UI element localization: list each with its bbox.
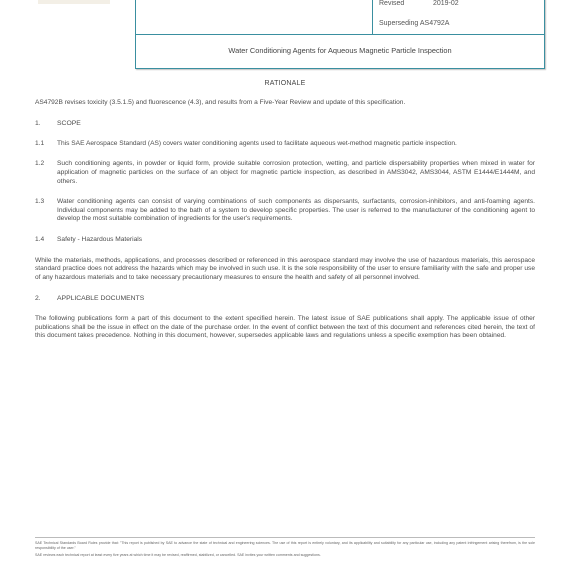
superseding-value: AS4792A: [420, 20, 450, 27]
item-number: 1.3: [35, 198, 57, 224]
section-title: APPLICABLE DOCUMENTS: [57, 295, 144, 302]
item-number: 1.4: [35, 236, 57, 245]
item-number: 1.2: [35, 160, 57, 186]
section-title: SCOPE: [57, 120, 81, 127]
page-footer: SAE Technical Standards Board Rules prov…: [35, 537, 535, 560]
header-meta-cell: Revised2019-02 Superseding AS4792A: [372, 0, 544, 34]
item-number: 1.1: [35, 140, 57, 149]
safety-text: While the materials, methods, applicatio…: [35, 257, 535, 283]
section-scope-heading: 1.SCOPE: [35, 120, 535, 129]
section-number: 2.: [35, 295, 57, 304]
scope-item-1-4: 1.4 Safety - Hazardous Materials: [35, 236, 535, 245]
item-text: Safety - Hazardous Materials: [57, 236, 535, 245]
scope-item-1-1: 1.1 This SAE Aerospace Standard (AS) cov…: [35, 140, 535, 149]
revised-label: Revised: [379, 0, 433, 9]
scope-item-1-3: 1.3 Water conditioning agents can consis…: [35, 198, 535, 224]
header-top-row: Revised2019-02 Superseding AS4792A: [136, 0, 544, 35]
document-body: RATIONALE AS4792B revises toxicity (3.5.…: [35, 80, 535, 354]
footer-line-2: SAE reviews each technical report at lea…: [35, 553, 535, 558]
logo-fragment: [38, 0, 110, 4]
item-text: Such conditioning agents, in powder or l…: [57, 160, 535, 186]
footer-line-1: SAE Technical Standards Board Rules prov…: [35, 541, 535, 551]
rationale-text: AS4792B revises toxicity (3.5.1.5) and f…: [35, 99, 535, 108]
item-text: Water conditioning agents can consist of…: [57, 198, 535, 224]
superseding-label: Superseding: [379, 20, 418, 27]
section-applicable-heading: 2.APPLICABLE DOCUMENTS: [35, 295, 535, 304]
section-number: 1.: [35, 120, 57, 129]
applicable-text: The following publications form a part o…: [35, 315, 535, 341]
superseding-row: Superseding AS4792A: [379, 19, 449, 29]
header-left-cell: [136, 0, 372, 34]
document-title: Water Conditioning Agents for Aqueous Ma…: [136, 36, 544, 66]
revised-row: Revised2019-02: [379, 0, 459, 9]
document-header-box: Revised2019-02 Superseding AS4792A Water…: [135, 0, 545, 69]
rationale-heading: RATIONALE: [35, 80, 535, 89]
item-text: This SAE Aerospace Standard (AS) covers …: [57, 140, 535, 149]
revised-value: 2019-02: [433, 0, 459, 7]
scope-item-1-2: 1.2 Such conditioning agents, in powder …: [35, 160, 535, 186]
